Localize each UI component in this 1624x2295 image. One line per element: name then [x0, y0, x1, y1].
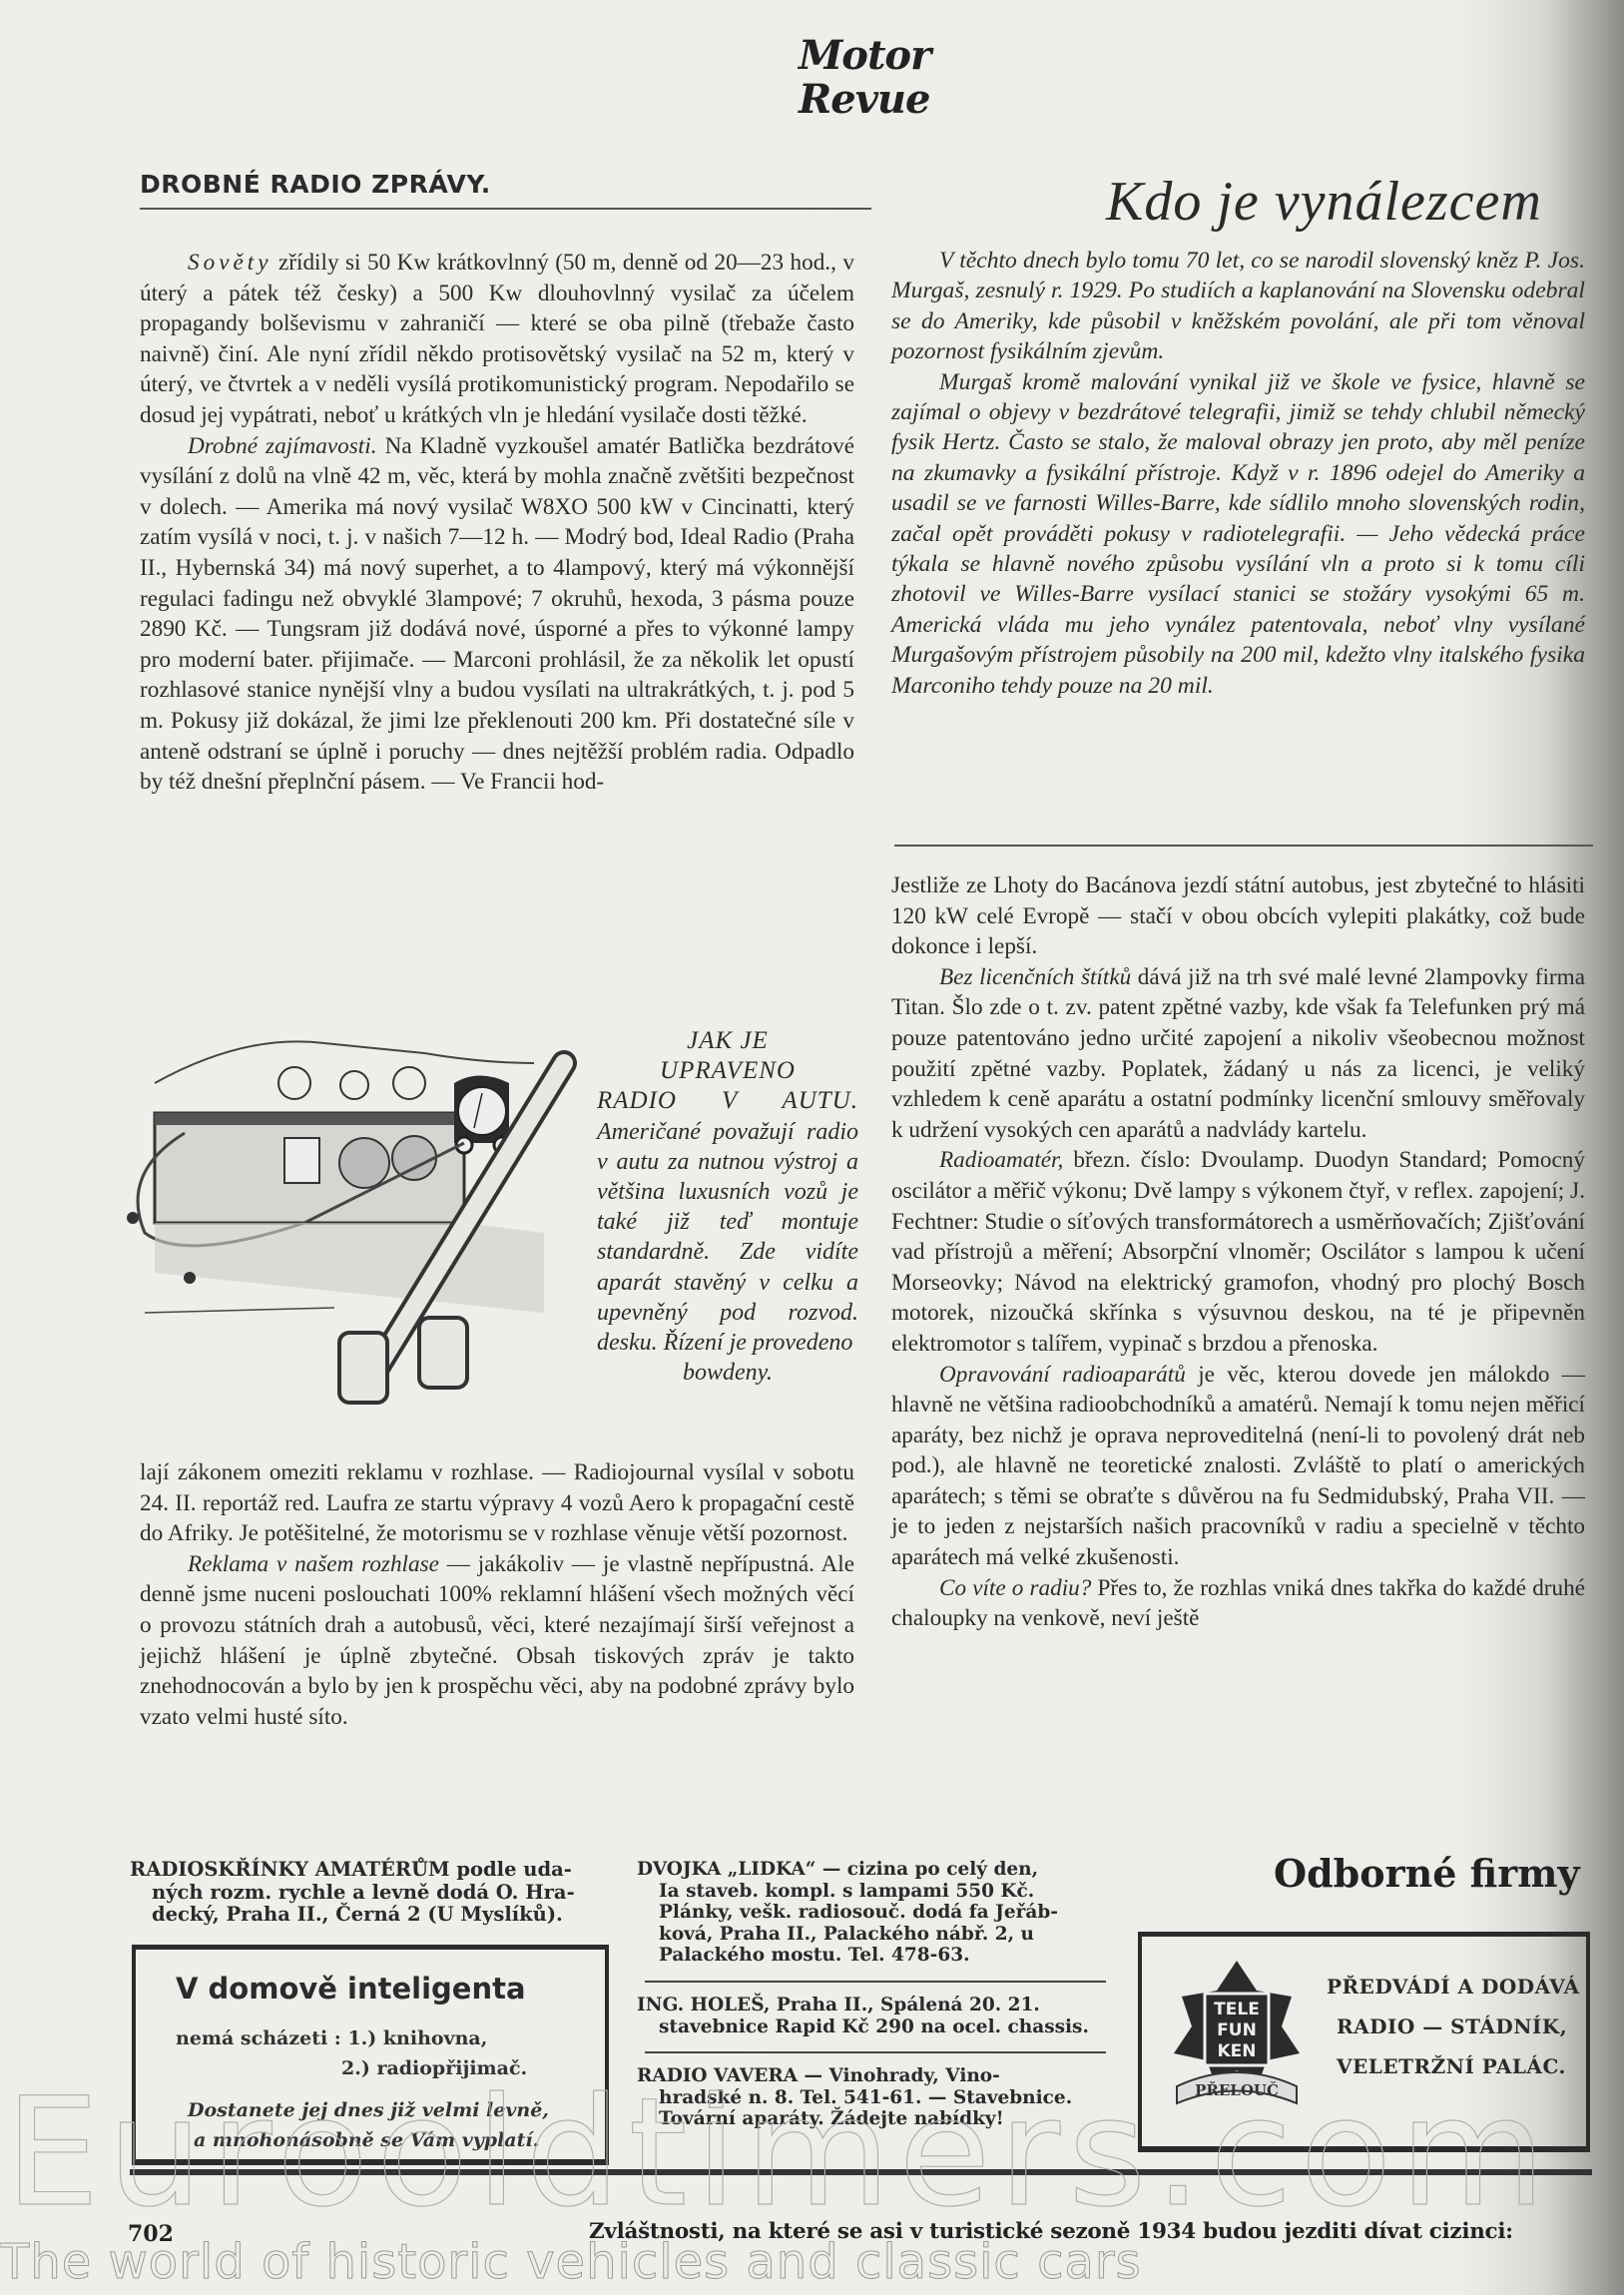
left-column-bottom: lají zákonem omeziti reklamu v rozhlase.… [140, 1457, 854, 1732]
ad-lidka: DVOJKA „LIDKA“ — cizina po celý den, Ia … [637, 1859, 1106, 1967]
article-title: Kdo je vynálezcem [1106, 172, 1542, 232]
car-radio-illustration [125, 1023, 594, 1433]
paragraph-co-vite: Co víte o radiu? Přes to, že rozhlas vni… [891, 1573, 1585, 1634]
watermark-tagline: The world of historic vehicles and class… [0, 2234, 1142, 2290]
ad-divider [645, 1981, 1106, 1983]
paragraph-sovety: Sověty zřídily si 50 Kw krátkovlnný (50 … [140, 248, 854, 431]
svg-text:KEN: KEN [1217, 2041, 1256, 2061]
murgas-article: V těchto dnech bylo tomu 70 let, co se n… [891, 246, 1585, 701]
figure-title-line-1: JAK JE [597, 1026, 858, 1056]
logo-line-1: Motor [799, 34, 918, 78]
left-column-top: Sověty zřídily si 50 Kw krátkovlnný (50 … [140, 248, 854, 798]
right-column-news: Jestliže ze Lhoty do Bacánova jezdí stát… [891, 870, 1585, 1634]
odborne-firmy-heading: Odborné firmy [1274, 1851, 1580, 1896]
paragraph-licence: Bez licenčních štítků dává již na trh sv… [891, 962, 1585, 1146]
heading-divider [140, 208, 871, 210]
figure-title-line-3: RADIO V AUTU. [597, 1086, 858, 1116]
paragraph-opravovani: Opravování radioaparátů je věc, kterou d… [891, 1360, 1585, 1573]
ad-radioskrinky: RADIOSKŘÍNKY AMATÉRŮM podle uda- ných ro… [130, 1859, 639, 1927]
paragraph-continuation: lají zákonem omeziti reklamu v rozhlase.… [140, 1457, 854, 1549]
magazine-page: Motor Revue DROBNÉ RADIO ZPRÁVY. Sověty … [0, 0, 1624, 2295]
motor-revue-logo: Motor Revue [799, 34, 918, 122]
svg-text:FUN: FUN [1217, 2020, 1257, 2040]
right-column-divider [894, 845, 1593, 847]
paragraph-reklama: Reklama v našem rozhlase — jakákoliv — j… [140, 1549, 854, 1733]
section-heading: DROBNÉ RADIO ZPRÁVY. [140, 170, 491, 199]
watermark-domain: Eurooldtimers.com [5, 2066, 1553, 2240]
logo-line-2: Revue [799, 78, 918, 122]
figure-title-line-2: UPRAVENO [597, 1056, 858, 1086]
ad-divider [645, 2051, 1106, 2053]
ad-box-title: V domově inteligenta [176, 1972, 526, 2006]
ad-holes: ING. HOLEŠ, Praha II., Spálená 20. 21. s… [637, 1995, 1106, 2037]
paragraph-radioamater: Radioamatér, březn. číslo: Dvoulamp. Duo… [891, 1145, 1585, 1359]
svg-text:TELE: TELE [1214, 2000, 1260, 2019]
article-paragraph-2: Murgaš kromě malování vynikal již ve ško… [891, 367, 1585, 701]
paragraph-drobne: Drobné zajímavosti. Na Kladně vyzkoušel … [140, 431, 854, 798]
article-paragraph-1: V těchto dnech bylo tomu 70 let, co se n… [891, 246, 1585, 367]
paragraph-lhota: Jestliže ze Lhoty do Bacánova jezdí stát… [891, 870, 1585, 962]
figure-caption: JAK JE UPRAVENO RADIO V AUTU. Američané … [597, 1026, 858, 1388]
figure-caption-last: bowdeny. [597, 1358, 858, 1388]
figure-caption-text: Američané považují radio v autu za nutno… [597, 1117, 858, 1359]
